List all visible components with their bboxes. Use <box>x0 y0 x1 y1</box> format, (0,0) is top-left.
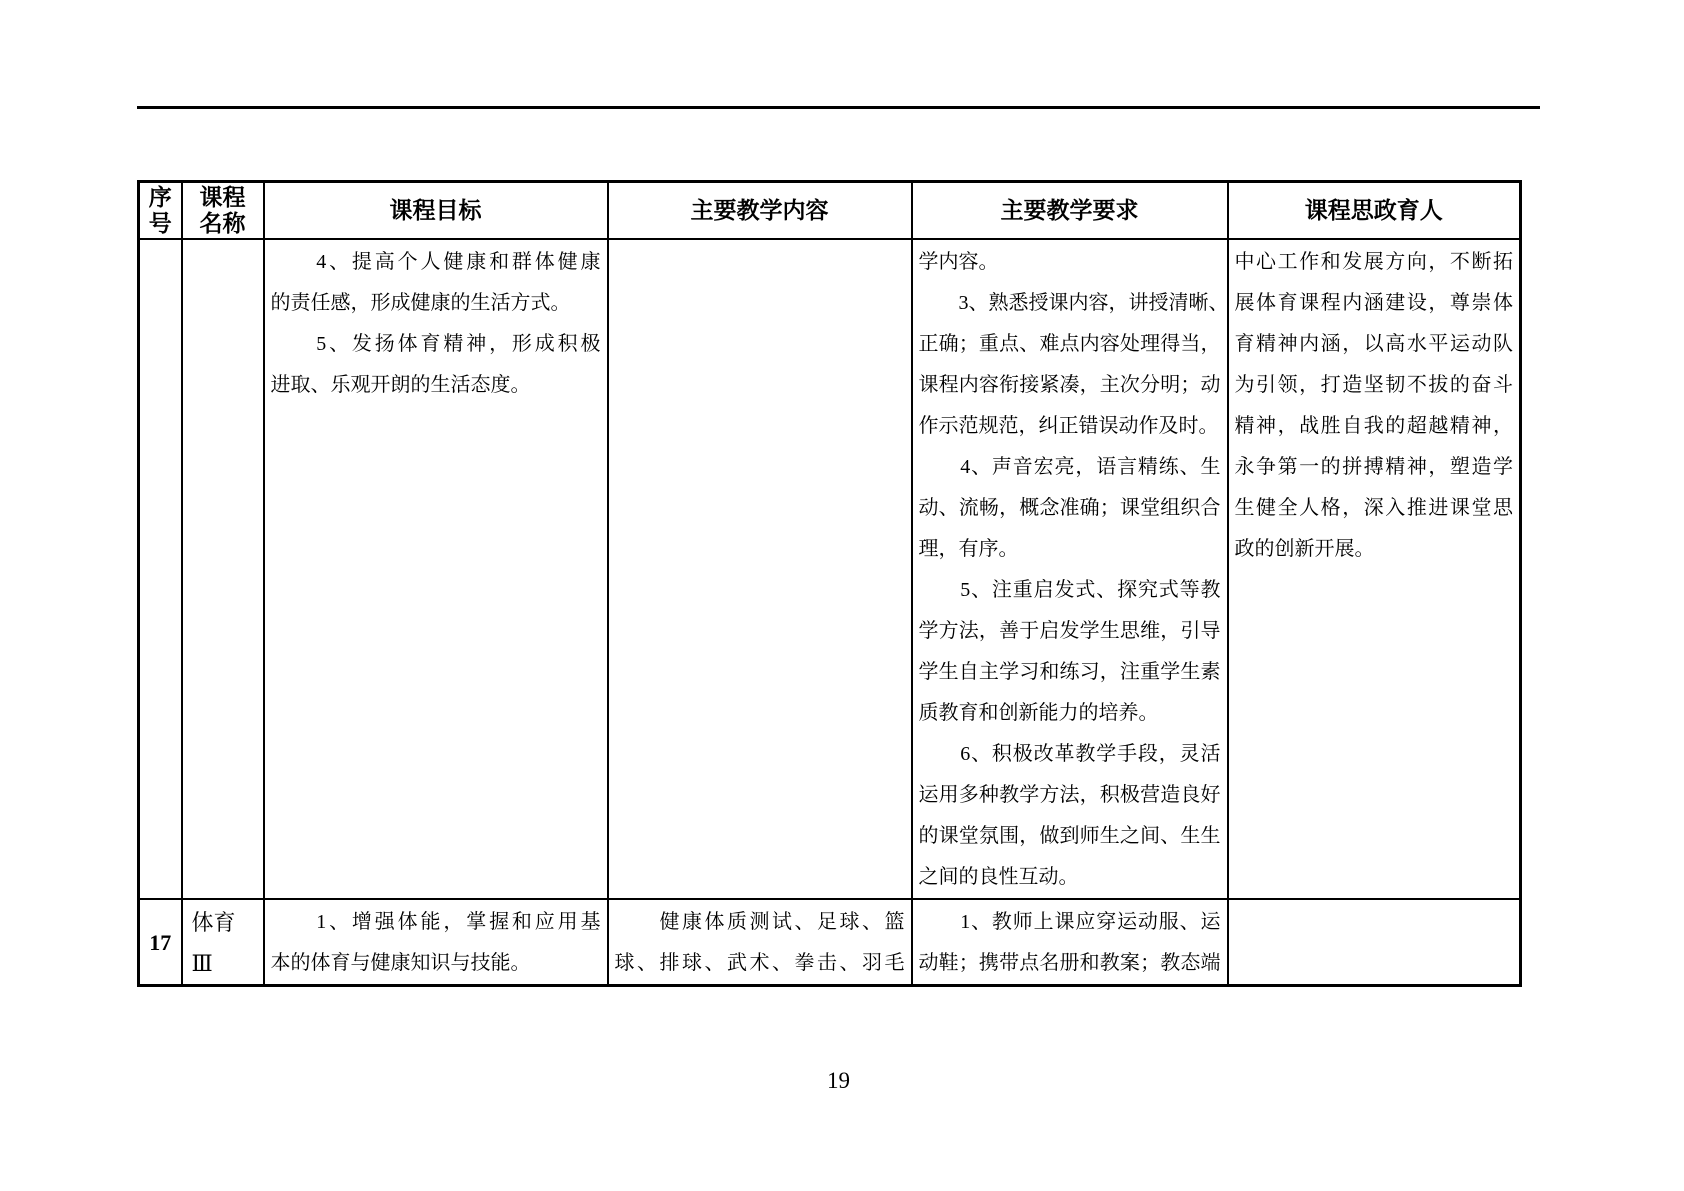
text-line: 展体育课程内涵建设，尊崇体 <box>1235 283 1514 324</box>
text-line: 中心工作和发展方向，不断拓 <box>1235 242 1514 283</box>
text-line: 本的体育与健康知识与技能。 <box>271 943 601 984</box>
header-ideology: 课程思政育人 <box>1228 182 1521 240</box>
table-header-row: 序号 课程名称 课程目标 主要教学内容 主要教学要求 课程思政育人 <box>139 182 1521 240</box>
text-line: 永争第一的拼搏精神，塑造学 <box>1235 447 1514 488</box>
text-line: 1、增强体能，掌握和应用基 <box>271 902 601 943</box>
text-line: 为引领，打造坚韧不拔的奋斗 <box>1235 365 1514 406</box>
table-row-continued: 4、提高个人健康和群体健康的责任感，形成健康的生活方式。 5、发扬体育精神，形成… <box>139 239 1521 899</box>
text-line: 主要教学内容 <box>609 198 911 224</box>
header-course-name: 课程名称 <box>182 182 264 240</box>
text-line: 3、熟悉授课内容，讲授清晰、 <box>919 283 1221 324</box>
text-line: 作示范规范，纠正错误动作及时。 <box>919 406 1221 447</box>
text-line: 生健全人格，深入推进课堂思 <box>1235 488 1514 529</box>
table-row-17: 17 体育Ⅲ 1、增强体能，掌握和应用基本的体育与健康知识与技能。 健康体质测试… <box>139 899 1521 986</box>
text-line: 运用多种教学方法，积极营造良好 <box>919 775 1221 816</box>
page-number: 19 <box>137 1068 1540 1094</box>
cell-ideology <box>1228 899 1521 986</box>
header-requirements: 主要教学要求 <box>912 182 1228 240</box>
text-line: 理，有序。 <box>919 529 1221 570</box>
text-line: 进取、乐观开朗的生活态度。 <box>271 365 601 406</box>
course-table: 序号 课程名称 课程目标 主要教学内容 主要教学要求 课程思政育人 4、提高个人… <box>137 180 1522 987</box>
text-line: 课程内容衔接紧凑，主次分明；动 <box>919 365 1221 406</box>
text-line: 球、排球、武术、拳击、羽毛 <box>615 943 905 984</box>
text-line: 质教育和创新能力的培养。 <box>919 693 1221 734</box>
text-line: 正确；重点、难点内容处理得当， <box>919 324 1221 365</box>
text-line: 政的创新开展。 <box>1235 529 1514 570</box>
cell-course-name <box>182 239 264 899</box>
text-line: 动鞋；携带点名册和教案；教态端 <box>919 943 1221 984</box>
text-line: 5、发扬体育精神，形成积极 <box>271 324 601 365</box>
text-line: 5、注重启发式、探究式等教 <box>919 570 1221 611</box>
header-rule <box>137 106 1540 109</box>
header-objectives: 课程目标 <box>264 182 608 240</box>
cell-seq: 17 <box>139 899 182 986</box>
cell-course-name: 体育Ⅲ <box>182 899 264 986</box>
text-line: 的责任感，形成健康的生活方式。 <box>271 283 601 324</box>
text-line: 4、提高个人健康和群体健康 <box>271 242 601 283</box>
text-line: 主要教学要求 <box>913 198 1227 224</box>
document-page: 序号 课程名称 课程目标 主要教学内容 主要教学要求 课程思政育人 4、提高个人… <box>0 0 1684 1191</box>
cell-content: 健康体质测试、足球、篮球、排球、武术、拳击、羽毛 <box>608 899 912 986</box>
text-line: 的课堂氛围，做到师生之间、生生 <box>919 816 1221 857</box>
text-line: 6、积极改革教学手段，灵活 <box>919 734 1221 775</box>
text-line: 之间的良性互动。 <box>919 857 1221 898</box>
text-line: 1、教师上课应穿运动服、运 <box>919 902 1221 943</box>
cell-objectives: 4、提高个人健康和群体健康的责任感，形成健康的生活方式。 5、发扬体育精神，形成… <box>264 239 608 899</box>
text-line: 体育 <box>192 902 257 943</box>
cell-seq <box>139 239 182 899</box>
text-line: 课程思政育人 <box>1229 198 1520 224</box>
cell-ideology: 中心工作和发展方向，不断拓展体育课程内涵建设，尊崇体育精神内涵，以高水平运动队为… <box>1228 239 1521 899</box>
text-line: 精神，战胜自我的超越精神， <box>1235 406 1514 447</box>
cell-objectives: 1、增强体能，掌握和应用基本的体育与健康知识与技能。 <box>264 899 608 986</box>
header-content: 主要教学内容 <box>608 182 912 240</box>
text-line: 序 <box>140 185 181 211</box>
text-line: 名称 <box>183 211 263 237</box>
text-line: 动、流畅，概念准确；课堂组织合 <box>919 488 1221 529</box>
text-line: 学内容。 <box>919 242 1221 283</box>
header-seq: 序号 <box>139 182 182 240</box>
text-line: 学方法，善于启发学生思维，引导 <box>919 611 1221 652</box>
text-line: 课程目标 <box>265 198 607 224</box>
cell-requirements: 1、教师上课应穿运动服、运动鞋；携带点名册和教案；教态端 <box>912 899 1228 986</box>
text-line: 4、声音宏亮，语言精练、生 <box>919 447 1221 488</box>
cell-content <box>608 239 912 899</box>
text-line: Ⅲ <box>192 943 257 984</box>
text-line: 号 <box>140 211 181 237</box>
text-line: 学生自主学习和练习，注重学生素 <box>919 652 1221 693</box>
text-line: 健康体质测试、足球、篮 <box>615 902 905 943</box>
text-line: 育精神内涵，以高水平运动队 <box>1235 324 1514 365</box>
cell-requirements: 学内容。 3、熟悉授课内容，讲授清晰、正确；重点、难点内容处理得当，课程内容衔接… <box>912 239 1228 899</box>
text-line: 课程 <box>183 185 263 211</box>
